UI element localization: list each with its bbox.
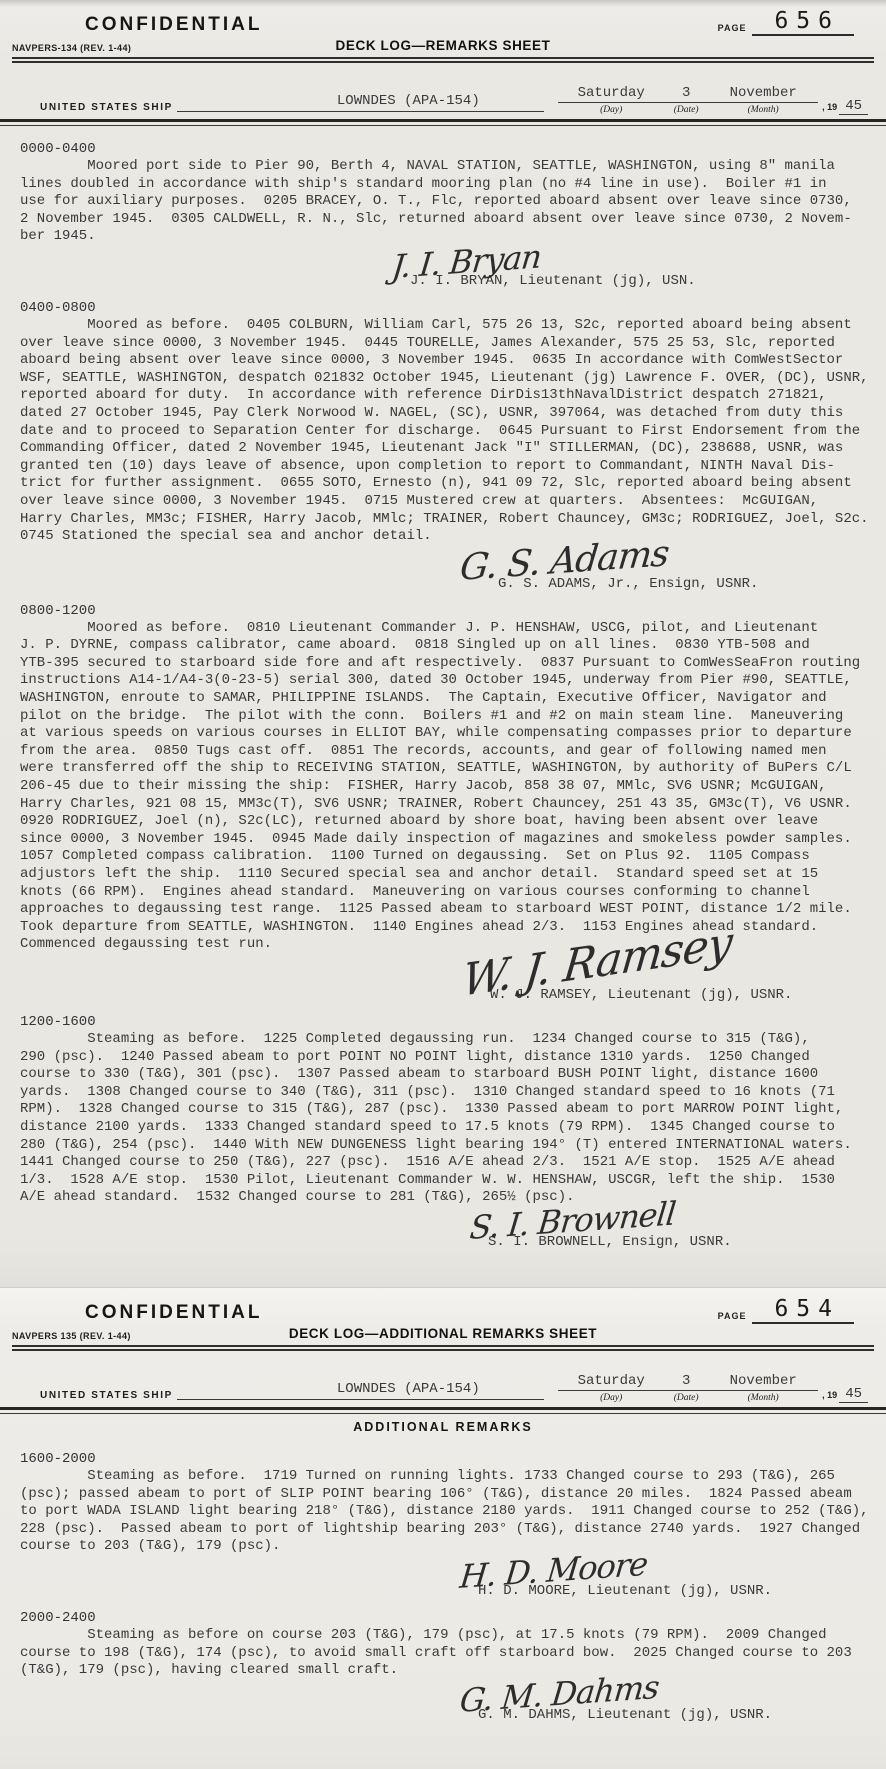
page2-form-title-row: NAVPERS 135 (REV. 1-44) DECK LOG—ADDITIO… [0, 1324, 886, 1343]
year-prefix: , 19 [822, 102, 837, 115]
classification-stamp: CONFIDENTIAL [85, 14, 262, 36]
date-block: Saturday 3 November (Day) (Date) (Month) [558, 1373, 818, 1403]
month-column-label: (Month) [708, 1391, 818, 1403]
page-number-block: PAGE 656 [718, 10, 854, 36]
date-month: November [708, 1373, 818, 1391]
signature-block: W. J. RamseyW. J. RAMSEY, Lieutenant (jg… [490, 956, 882, 1003]
ship-name: LOWNDES (APA-154) [337, 93, 480, 109]
classification-stamp: CONFIDENTIAL [85, 1302, 262, 1324]
page1-form-title-row: NAVPERS-134 (REV. 1-44) DECK LOG—REMARKS… [0, 36, 886, 55]
date-date: 3 [664, 1373, 708, 1391]
page1-log-entries: 0000-0400 Moored port side to Pier 90, B… [0, 126, 886, 1250]
log-entry: 1600-2000 Steaming as before. 1719 Turne… [20, 1450, 882, 1599]
entry-time-range: 1200-1600 [20, 1013, 882, 1031]
entry-remarks-text: Moored port side to Pier 90, Berth 4, NA… [20, 158, 882, 246]
page-number-block: PAGE 654 [718, 1298, 854, 1324]
ship-name-line: LOWNDES (APA-154) [177, 1376, 544, 1400]
entry-time-range: 0800-1200 [20, 602, 882, 620]
page-number: 654 [752, 1298, 854, 1324]
signature-block: G. M. DahmsG. M. DAHMS, Lieutenant (jg),… [478, 1682, 882, 1723]
ship-label: UNITED STATES SHIP [40, 102, 173, 115]
ship-date-row: UNITED STATES SHIP LOWNDES (APA-154) Sat… [0, 63, 886, 115]
page-number: 656 [752, 10, 854, 36]
date-block: Saturday 3 November (Day) (Date) (Month) [558, 85, 818, 115]
entry-time-range: 1600-2000 [20, 1450, 882, 1468]
entry-remarks-text: Steaming as before. 1225 Completed degau… [20, 1031, 882, 1207]
signature-block: S. I. BrownellS. I. BROWNELL, Ensign, US… [488, 1209, 882, 1250]
entry-time-range: 0400-0800 [20, 299, 882, 317]
ship-label: UNITED STATES SHIP [40, 1390, 173, 1403]
heavy-rule [0, 1407, 886, 1414]
page-label: PAGE [718, 1311, 747, 1324]
entry-remarks-text: Moored as before. 0405 COLBURN, William … [20, 317, 882, 546]
log-entry: 0000-0400 Moored port side to Pier 90, B… [20, 140, 882, 289]
month-column-label: (Month) [708, 103, 818, 115]
entry-time-range: 2000-2400 [20, 1609, 882, 1627]
year-value: 45 [839, 1386, 868, 1403]
ship-date-row: UNITED STATES SHIP LOWNDES (APA-154) Sat… [0, 1351, 886, 1403]
log-entry: 0800-1200 Moored as before. 0810 Lieuten… [20, 602, 882, 1003]
date-column-label: (Date) [664, 103, 708, 115]
deck-log-remarks-sheet-page: CONFIDENTIAL PAGE 656 NAVPERS-134 (REV. … [0, 0, 886, 1287]
page1-header-row: CONFIDENTIAL PAGE 656 [0, 0, 886, 36]
log-entry: 2000-2400 Steaming as before on course 2… [20, 1609, 882, 1723]
additional-remarks-title: ADDITIONAL REMARKS [0, 1414, 886, 1436]
signature-block: G. S. AdamsG. S. ADAMS, Jr., Ensign, USN… [498, 548, 882, 592]
date-date: 3 [664, 85, 708, 103]
year-block: , 19 45 [822, 1386, 868, 1403]
year-value: 45 [839, 98, 868, 115]
entry-remarks-text: Moored as before. 0810 Lieutenant Comman… [20, 620, 882, 954]
heavy-rule [0, 119, 886, 126]
form-number: NAVPERS 135 (REV. 1-44) [12, 1331, 272, 1341]
signature-block: H. D. MooreH. D. MOORE, Lieutenant (jg),… [478, 1558, 882, 1599]
signature-block: J. I. BryanJ. I. BRYAN, Lieutenant (jg),… [410, 248, 882, 289]
page-label: PAGE [718, 23, 747, 36]
date-month: November [708, 85, 818, 103]
sheet-title: DECK LOG—ADDITIONAL REMARKS SHEET [272, 1326, 614, 1341]
form-number: NAVPERS-134 (REV. 1-44) [12, 43, 272, 53]
year-block: , 19 45 [822, 98, 868, 115]
ship-name: LOWNDES (APA-154) [337, 1381, 480, 1397]
year-prefix: , 19 [822, 1390, 837, 1403]
day-column-label: (Day) [558, 1391, 664, 1403]
day-column-label: (Day) [558, 103, 664, 115]
entry-remarks-text: Steaming as before on course 203 (T&G), … [20, 1627, 882, 1680]
ship-name-line: LOWNDES (APA-154) [177, 88, 544, 112]
sheet-title: DECK LOG—REMARKS SHEET [272, 38, 614, 53]
date-day: Saturday [558, 85, 664, 103]
page2-log-entries: 1600-2000 Steaming as before. 1719 Turne… [0, 1436, 886, 1723]
entry-time-range: 0000-0400 [20, 140, 882, 158]
date-day: Saturday [558, 1373, 664, 1391]
entry-remarks-text: Steaming as before. 1719 Turned on runni… [20, 1468, 882, 1556]
log-entry: 1200-1600 Steaming as before. 1225 Compl… [20, 1013, 882, 1250]
page2-header-row: CONFIDENTIAL PAGE 654 [0, 1288, 886, 1324]
deck-log-additional-remarks-page: CONFIDENTIAL PAGE 654 NAVPERS 135 (REV. … [0, 1287, 886, 1769]
date-column-label: (Date) [664, 1391, 708, 1403]
log-entry: 0400-0800 Moored as before. 0405 COLBURN… [20, 299, 882, 592]
